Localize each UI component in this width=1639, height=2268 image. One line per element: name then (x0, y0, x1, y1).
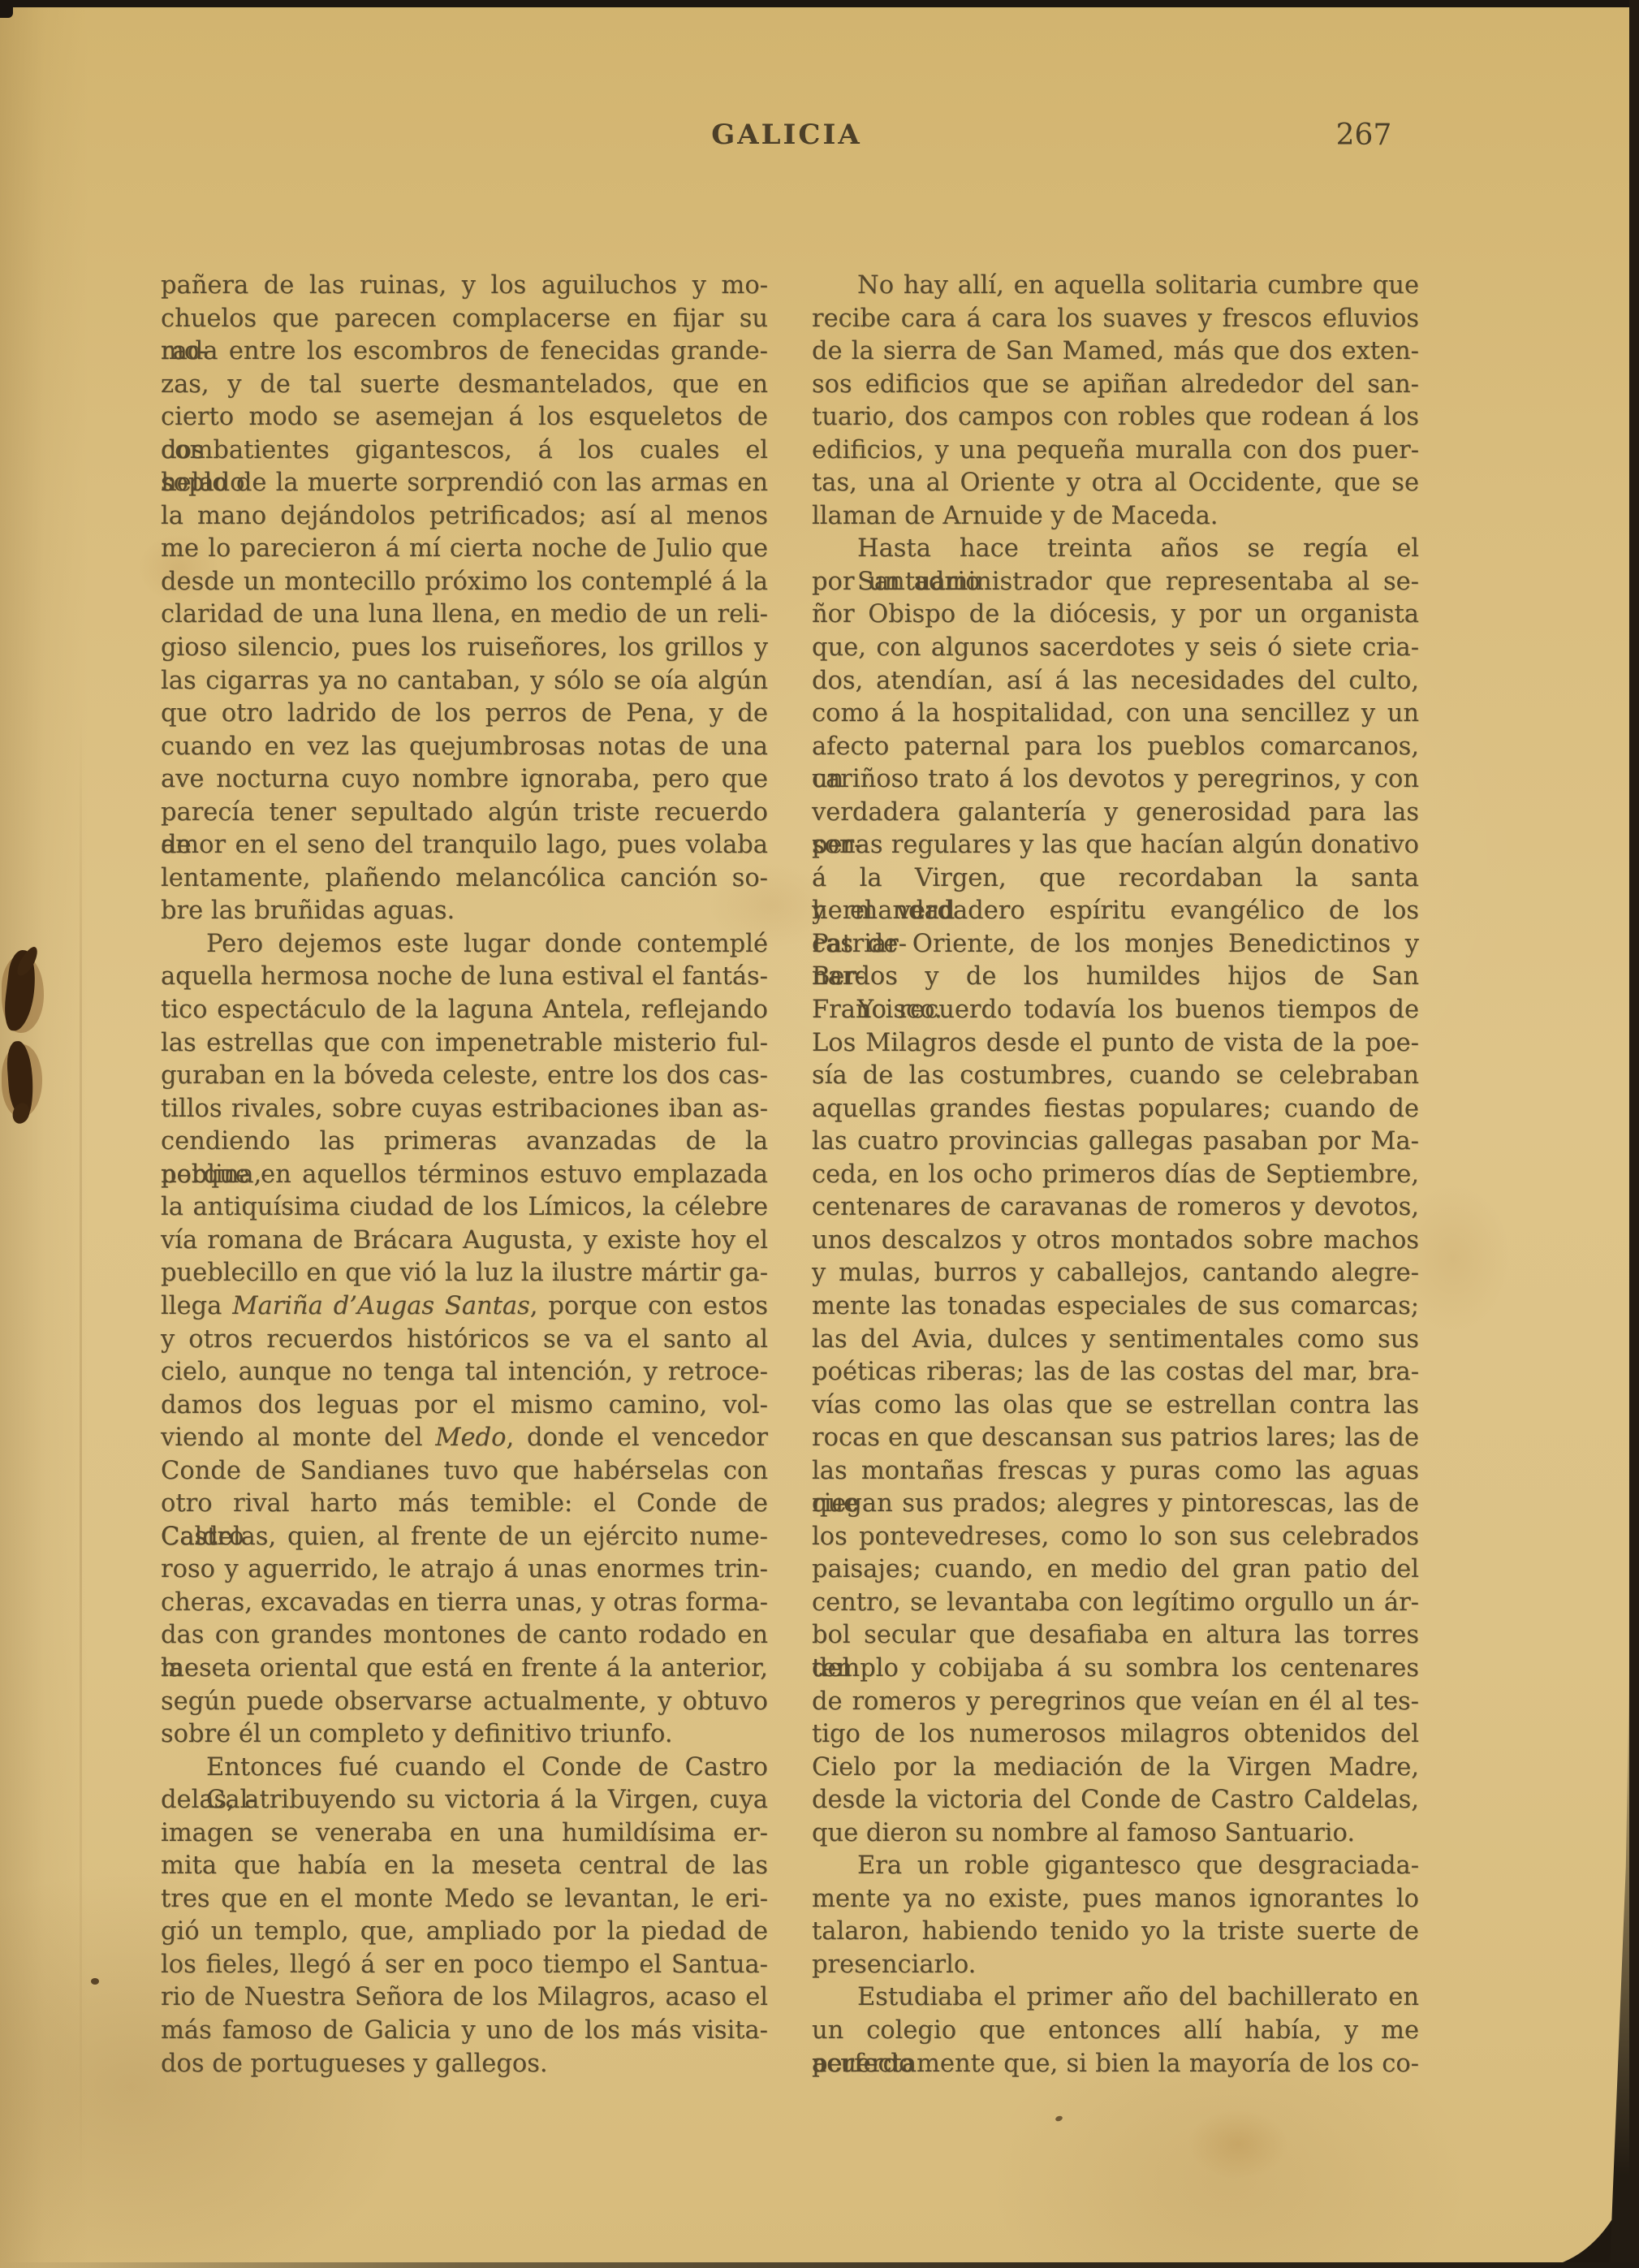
text-line: aquella hermosa noche de luna estival el… (161, 961, 768, 994)
text-line: de la sierra de San Mamed, más que dos e… (812, 335, 1419, 369)
text-line: cendiendo las primeras avanzadas de la n… (161, 1125, 768, 1159)
text-line: mente ya no existe, pues manos ignorante… (812, 1883, 1419, 1916)
text-line: paisajes; cuando, en medio del gran pati… (812, 1553, 1419, 1587)
text-line: bol secular que desafiaba en altura las … (812, 1619, 1419, 1652)
text-line: meseta oriental que está en frente á la … (161, 1652, 768, 1686)
text-line: otro rival harto más temible: el Conde d… (161, 1488, 768, 1521)
text-line: Conde de Sandianes tuvo que habérselas c… (161, 1455, 768, 1488)
text-line: rada entre los escombros de fenecidas gr… (161, 335, 768, 369)
text-line: cierto modo se asemejan á los esqueletos… (161, 401, 768, 434)
text-line: Entonces fué cuando el Conde de Castro C… (161, 1752, 768, 1785)
text-line: cas de Oriente, de los monjes Benedictin… (812, 928, 1419, 961)
ink-speck (91, 1978, 99, 1985)
text-line: las cuatro provincias gallegas pasaban p… (812, 1125, 1419, 1159)
text-line: Pero dejemos este lugar donde contemplé (161, 928, 768, 961)
ink-speck (1055, 2115, 1063, 2123)
scan-edge-top (0, 0, 1639, 7)
text-line: porque en aquellos términos estuvo empla… (161, 1159, 768, 1192)
scanned-book-page: GALICIA 267 pañera de las ruinas, y los … (0, 0, 1639, 2268)
ink-blot (2, 1041, 47, 1122)
text-line: vías como las olas que se estrellan cont… (812, 1389, 1419, 1423)
text-column-left: pañera de las ruinas, y los aguiluchos y… (161, 270, 768, 2080)
running-head: GALICIA 267 (0, 119, 1639, 156)
paper-sheet: GALICIA 267 pañera de las ruinas, y los … (0, 0, 1639, 2268)
text-line: Cielo por la mediación de la Virgen Madr… (812, 1752, 1419, 1785)
text-line: Caldelas, quien, al frente de un ejércit… (161, 1521, 768, 1554)
text-line: presenciarlo. (812, 1949, 1419, 1982)
text-line: los pontevedreses, como lo son sus celeb… (812, 1521, 1419, 1554)
text-line: edificios, y una pequeña muralla con dos… (812, 434, 1419, 468)
text-line: claridad de una luna llena, en medio de … (161, 598, 768, 632)
text-line: perfectamente que, si bien la mayoría de… (812, 2048, 1419, 2081)
text-line: me lo parecieron á mí cierta noche de Ju… (161, 533, 768, 566)
text-line: delas, atribuyendo su victoria á la Virg… (161, 1784, 768, 1817)
text-line: viendo al monte del Medo, donde el vence… (161, 1422, 768, 1455)
text-line: tres que en el monte Medo se levantan, l… (161, 1883, 768, 1916)
text-line: la antiquísima ciudad de los Límicos, la… (161, 1191, 768, 1225)
text-line: mita que había en la meseta central de l… (161, 1850, 768, 1883)
publication-title: GALICIA (684, 119, 890, 151)
text-line: aquellas grandes fiestas populares; cuan… (812, 1093, 1419, 1126)
text-line: tas, una al Oriente y otra al Occidente,… (812, 467, 1419, 500)
text-line: mente las tonadas especiales de sus coma… (812, 1290, 1419, 1324)
text-line: un colegio que entonces allí había, y me… (812, 2015, 1419, 2048)
text-line: más famoso de Galicia y uno de los más v… (161, 2015, 768, 2048)
text-line: templo y cobijaba á su sombra los centen… (812, 1652, 1419, 1686)
text-line: Estudiaba el primer año del bachillerato… (812, 1981, 1419, 2015)
text-line: los fieles, llegó á ser en poco tiempo e… (161, 1949, 768, 1982)
text-line: sobre él un completo y definitivo triunf… (161, 1718, 768, 1752)
text-line: ave nocturna cuyo nombre ignoraba, pero … (161, 763, 768, 797)
text-line: talaron, habiendo tenido yo la triste su… (812, 1916, 1419, 1949)
text-line: Los Milagros desde el punto de vista de … (812, 1027, 1419, 1061)
text-line: cariñoso trato á los devotos y peregrino… (812, 763, 1419, 797)
text-line: rocas en que descansan sus patrios lares… (812, 1422, 1419, 1455)
text-line: como á la hospitalidad, con una sencille… (812, 698, 1419, 731)
text-line: zas, y de tal suerte desmantelados, que … (161, 369, 768, 402)
text-line: las estrellas que con impenetrable miste… (161, 1027, 768, 1061)
text-line: soplo de la muerte sorprendió con las ar… (161, 467, 768, 500)
text-line: parecía tener sepultado algún triste rec… (161, 797, 768, 830)
text-line: centenares de caravanas de romeros y dev… (812, 1191, 1419, 1225)
text-line: damos dos leguas por el mismo camino, vo… (161, 1389, 768, 1423)
text-line: das con grandes montones de canto rodado… (161, 1619, 768, 1652)
text-line: la mano dejándolos petrificados; así al … (161, 500, 768, 534)
text-line: pañera de las ruinas, y los aguiluchos y… (161, 270, 768, 303)
ink-blot (2, 948, 50, 1038)
text-line: bre las bruñidas aguas. (161, 895, 768, 928)
text-line: y otros recuerdos históricos se va el sa… (161, 1324, 768, 1357)
text-line: según puede observarse actualmente, y ob… (161, 1686, 768, 1719)
text-line: combatientes gigantescos, á los cuales e… (161, 434, 768, 468)
text-line: Era un roble gigantesco que desgraciada- (812, 1850, 1419, 1883)
text-line: cheras, excavadas en tierra unas, y otra… (161, 1587, 768, 1620)
text-line: gioso silencio, pues los ruiseñores, los… (161, 632, 768, 665)
text-line: pueblecillo en que vió la luz la ilustre… (161, 1257, 768, 1290)
text-line: y mulas, burros y caballejos, cantando a… (812, 1257, 1419, 1290)
text-line: á la Virgen, que recordaban la santa her… (812, 862, 1419, 896)
scan-edge-top-left (0, 0, 13, 18)
page-number: 267 (1322, 119, 1406, 152)
paper-stain (1169, 2095, 1307, 2192)
text-line: afecto paternal para los pueblos comarca… (812, 731, 1419, 764)
text-line: cuando en vez las quejumbrosas notas de … (161, 731, 768, 764)
text-line: sonas regulares y las que hacían algún d… (812, 829, 1419, 862)
text-line: imagen se veneraba en una humildísima er… (161, 1817, 768, 1851)
text-line: guraban en la bóveda celeste, entre los … (161, 1060, 768, 1093)
text-line: tillos rivales, sobre cuyas estribacione… (161, 1093, 768, 1126)
text-line: amor en el seno del tranquilo lago, pues… (161, 829, 768, 862)
text-line: Hasta hace treinta años se regía el Sant… (812, 533, 1419, 566)
text-line: nardos y de los humildes hijos de San Fr… (812, 961, 1419, 994)
text-line: poéticas riberas; las de las costas del … (812, 1356, 1419, 1389)
text-column-right: No hay allí, en aquella solitaria cumbre… (812, 270, 1419, 2080)
text-line: sía de las costumbres, cuando se celebra… (812, 1060, 1419, 1093)
text-line: desde la victoria del Conde de Castro Ca… (812, 1784, 1419, 1817)
scan-edge-bottom (0, 2262, 1639, 2268)
text-line: tuario, dos campos con robles que rodean… (812, 401, 1419, 434)
text-line: rio de Nuestra Señora de los Milagros, a… (161, 1981, 768, 2015)
text-line: dos, atendían, así á las necesidades del… (812, 665, 1419, 698)
text-line: verdadera galantería y generosidad para … (812, 797, 1419, 830)
text-line: que, con algunos sacerdotes y seis ó sie… (812, 632, 1419, 665)
text-line: lentamente, plañendo melancólica canción… (161, 862, 768, 896)
text-line: cielo, aunque no tenga tal intención, y … (161, 1356, 768, 1389)
text-line: riegan sus prados; alegres y pintorescas… (812, 1488, 1419, 1521)
text-line: las del Avia, dulces y sentimentales com… (812, 1324, 1419, 1357)
text-line: dos de portugueses y gallegos. (161, 2048, 768, 2081)
text-line: llega Mariña d’Augas Santas, porque con … (161, 1290, 768, 1324)
text-line: recibe cara á cara los suaves y frescos … (812, 303, 1419, 336)
text-line: unos descalzos y otros montados sobre ma… (812, 1225, 1419, 1258)
text-line: ceda, en los ocho primeros días de Septi… (812, 1159, 1419, 1192)
text-line: de romeros y peregrinos que veían en él … (812, 1686, 1419, 1719)
text-line: Yo recuerdo todavía los buenos tiempos d… (812, 994, 1419, 1027)
text-line: gió un templo, que, ampliado por la pied… (161, 1916, 768, 1949)
text-line: chuelos que parecen complacerse en fijar… (161, 303, 768, 336)
text-line: No hay allí, en aquella solitaria cumbre… (812, 270, 1419, 303)
text-line: vía romana de Brácara Augusta, y existe … (161, 1225, 768, 1258)
text-line: centro, se levantaba con legítimo orgull… (812, 1587, 1419, 1620)
text-line: que otro ladrido de los perros de Pena, … (161, 698, 768, 731)
paper-crease (80, 715, 82, 2209)
text-line: roso y aguerrido, le atrajo á unas enorm… (161, 1553, 768, 1587)
text-line: llaman de Arnuide y de Maceda. (812, 500, 1419, 534)
text-line: ñor Obispo de la diócesis, y por un orga… (812, 598, 1419, 632)
text-line: por un administrador que representaba al… (812, 566, 1419, 599)
text-line: las cigarras ya no cantaban, y sólo se o… (161, 665, 768, 698)
text-line: las montañas frescas y puras como las ag… (812, 1455, 1419, 1488)
text-line: tigo de los numerosos milagros obtenidos… (812, 1718, 1419, 1752)
text-line: y el verdadero espíritu evangélico de lo… (812, 895, 1419, 928)
text-line: sos edificios que se apiñan alrededor de… (812, 369, 1419, 402)
text-line: desde un montecillo próximo los contempl… (161, 566, 768, 599)
text-line: que dieron su nombre al famoso Santuario… (812, 1817, 1419, 1851)
text-line: tico espectáculo de la laguna Antela, re… (161, 994, 768, 1027)
